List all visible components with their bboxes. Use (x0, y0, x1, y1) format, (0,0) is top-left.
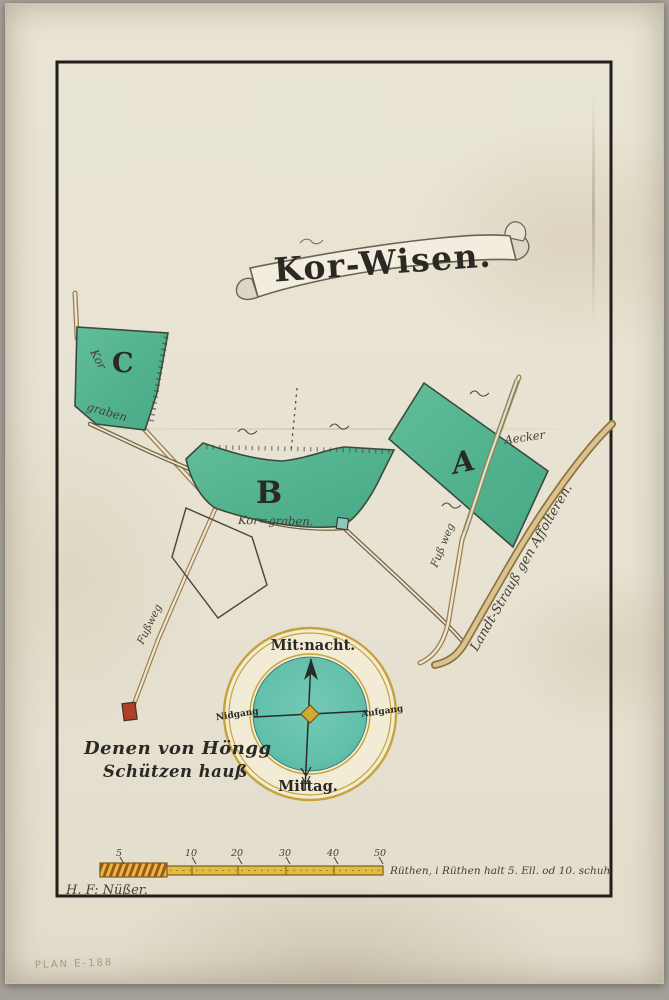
flourish-mark-4 (442, 503, 461, 508)
scale-tick-50: 50 (374, 848, 386, 859)
parcel-b-letter: B (256, 475, 282, 511)
label-aecker: Aecker (502, 427, 547, 447)
surveyor-signature: H. F: Nüßer. (65, 883, 148, 898)
flourish-mark-3 (470, 391, 489, 396)
label-fussweg-right: Fuß weg (428, 521, 457, 570)
compass-label-north: Mit:nacht. (271, 637, 356, 654)
compass-label-south: Mittag. (278, 778, 338, 795)
scale-tick-30: 30 (279, 848, 291, 859)
house-label-line1: Denen von Höngg (83, 738, 272, 759)
scale-tick-5: 5 (116, 848, 122, 859)
house-symbol (122, 702, 137, 720)
scale-caption: Rüthen, i Rüthen halt 5. Ell. od 10. sch… (389, 865, 614, 877)
house-label-line2: Schützen hauß (103, 762, 248, 781)
korgraben-ditch (90, 424, 463, 642)
map-title: Kor-Wisen. (273, 235, 494, 289)
label-korgraben: Kor=graben. (237, 513, 314, 528)
banner-flourish (300, 239, 323, 244)
pencil-archive-note: PLAN E-188 (35, 957, 114, 971)
scale-bar: 5 10 20 30 40 50 Rüthen, i Rüthen halt 5… (65, 848, 614, 898)
dashed-boundary-line (291, 388, 297, 452)
korgraben-ditch-fill (90, 424, 463, 642)
flourish-mark-1 (238, 429, 257, 434)
scale-tick-40: 40 (326, 848, 339, 859)
boundary-square-marker (336, 517, 348, 529)
map-drawing: C B A Kor graben Kor=graben. Fußweg Fuß … (0, 0, 669, 1000)
scale-tick-labels: 5 10 20 30 40 50 (116, 848, 386, 859)
scale-tick-20: 20 (230, 848, 243, 859)
title-banner: Kor-Wisen. (236, 222, 528, 300)
parcel-c-letter: C (112, 348, 134, 379)
scale-bar-hatched-section (100, 863, 167, 877)
flourish-mark-2 (330, 424, 349, 429)
scale-tick-10: 10 (185, 848, 197, 859)
